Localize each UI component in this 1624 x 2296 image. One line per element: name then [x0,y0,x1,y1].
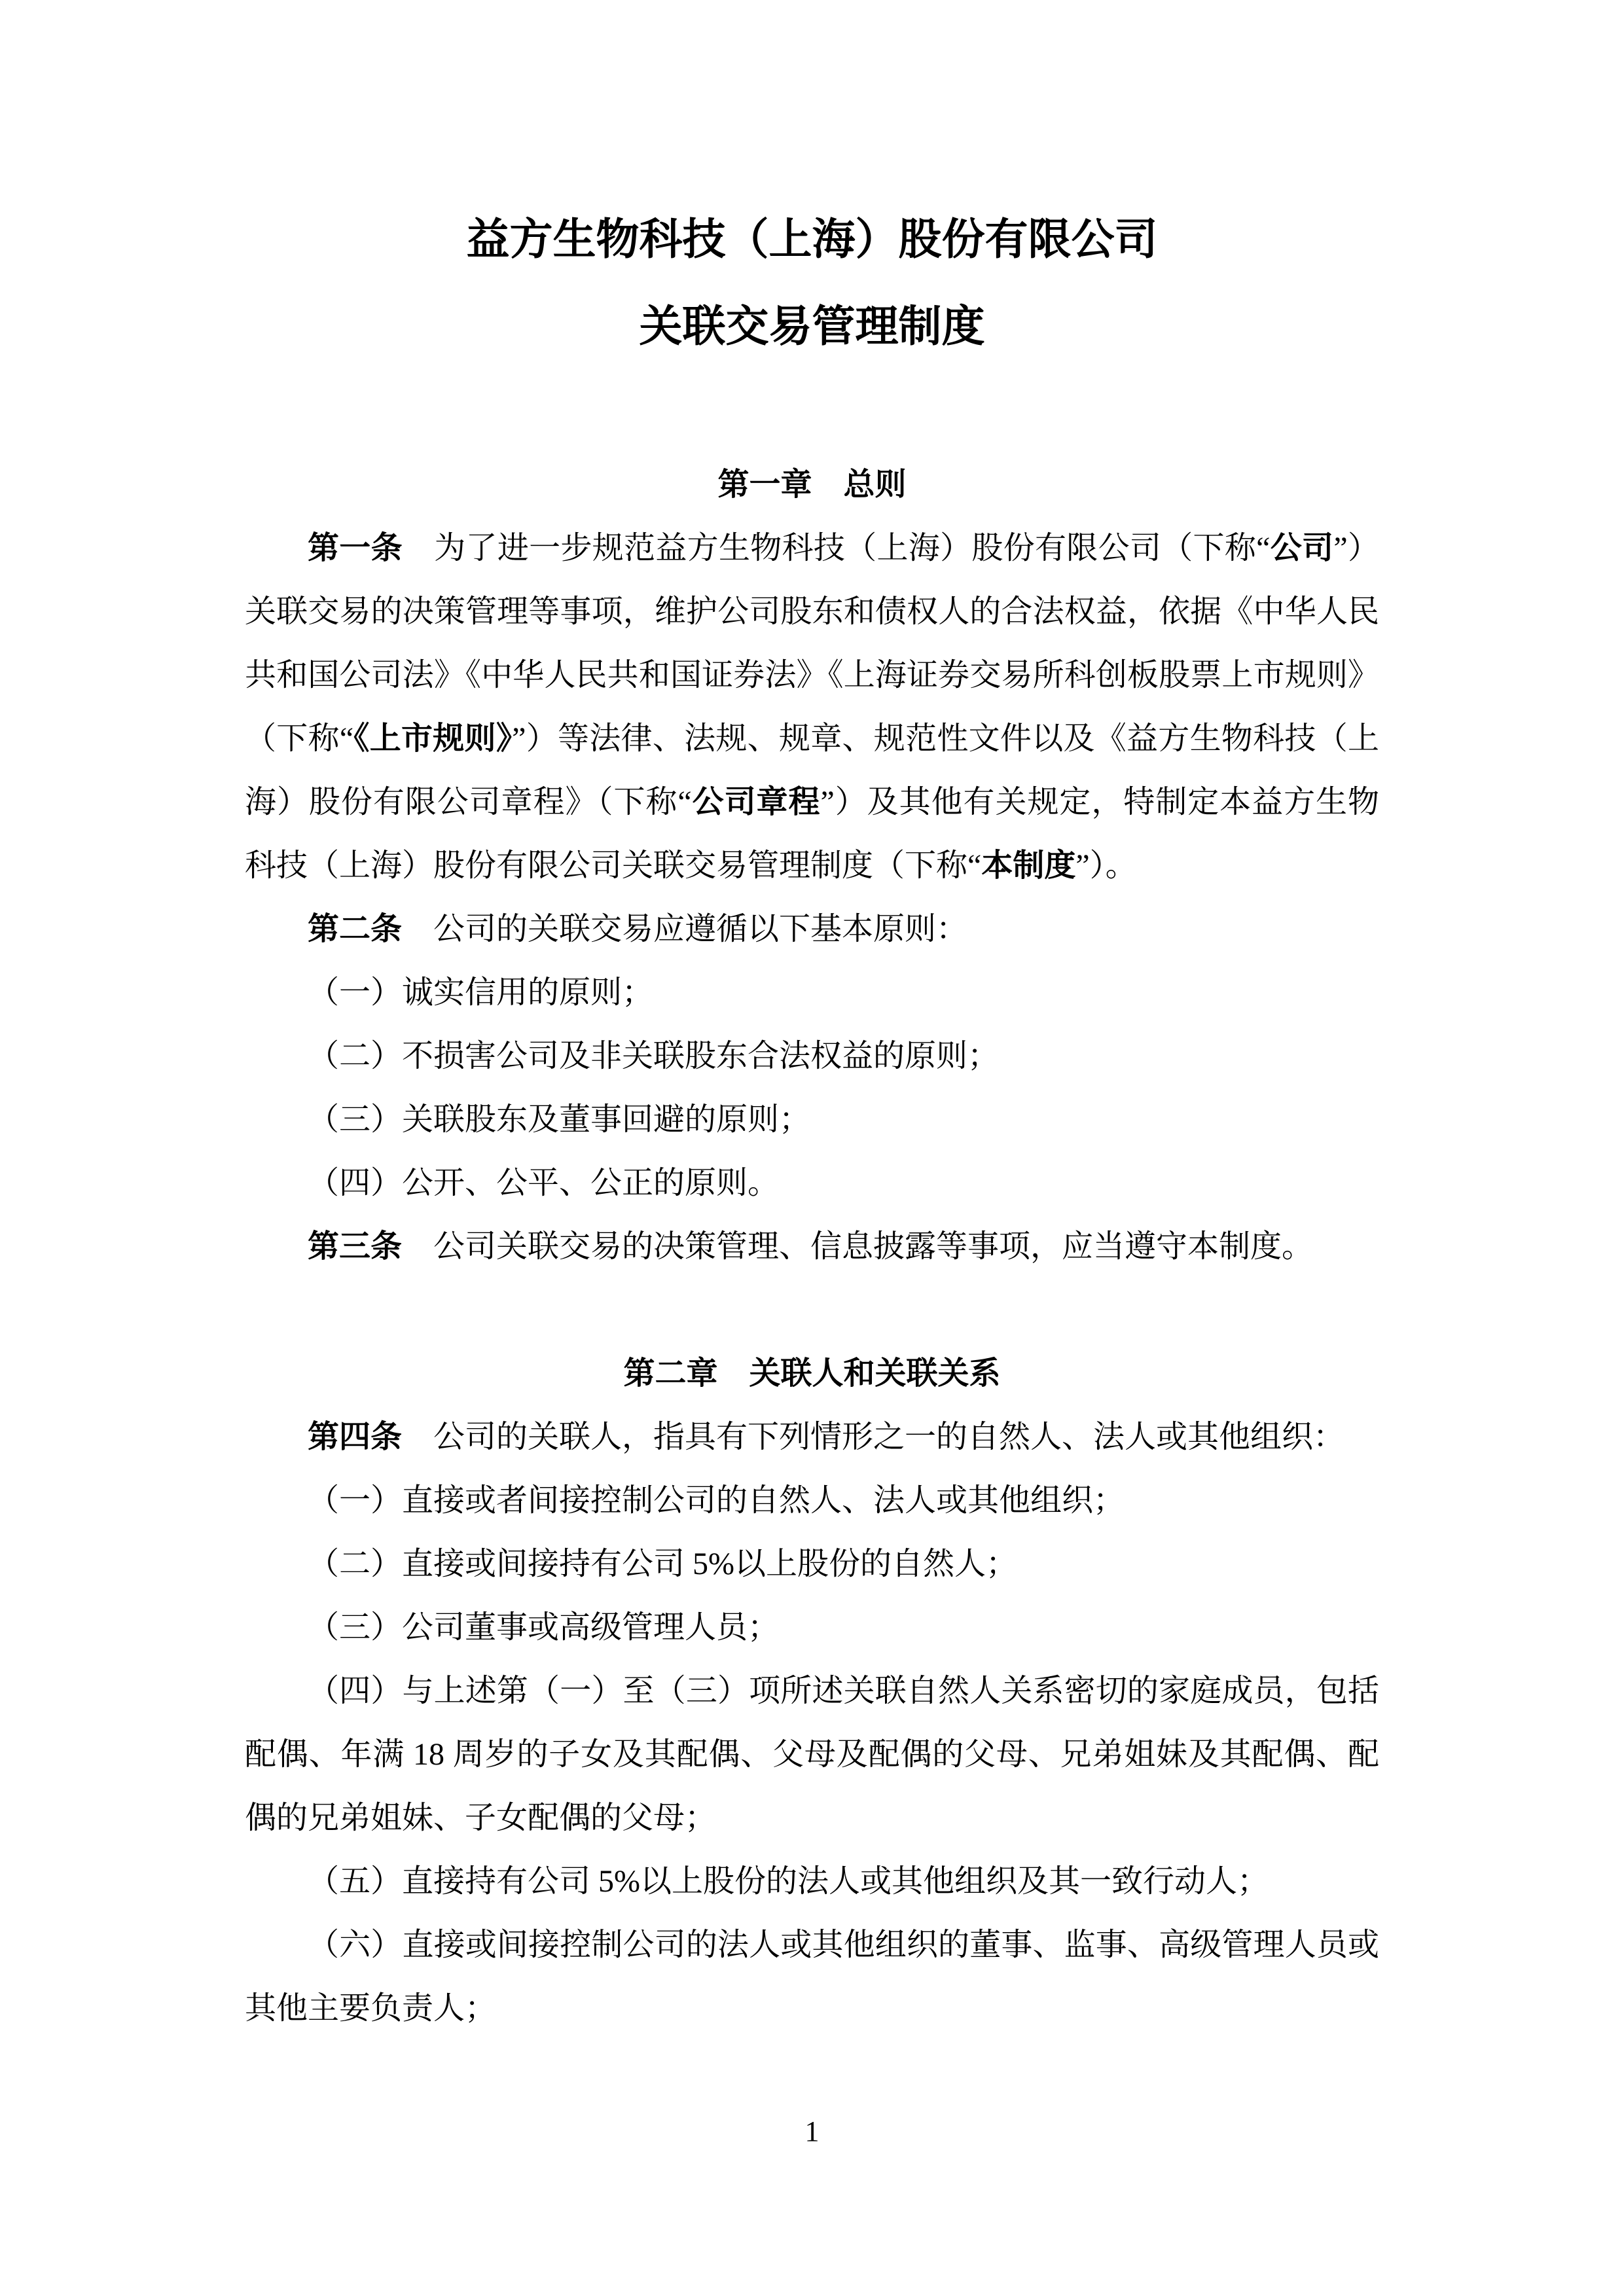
text-run-bold: 第一条 [308,531,403,565]
text-run: 为了进一步规范益方生物科技（上海）股份有限公司（下称“ [403,531,1271,565]
text-run-bold: 第二条 [308,912,402,946]
body-paragraph: 第三条 公司关联交易的决策管理、信息披露等事项，应当遵守本制度。 [245,1215,1379,1278]
text-run: （三）关联股东及董事回避的原则； [308,1102,810,1137]
body-paragraph: 第四条 公司的关联人，指具有下列情形之一的自然人、法人或其他组织： [245,1405,1379,1469]
text-run: （四）公开、公平、公正的原则。 [308,1166,779,1200]
text-run: （二）直接或间接持有公司 5%以上股份的自然人； [308,1547,1017,1581]
text-run-bold: 《上市规则》 [353,721,512,756]
text-run: （一）直接或者间接控制公司的自然人、法人或其他组织； [308,1483,1125,1518]
text-run: ”）。 [1075,848,1136,883]
body-paragraph: （四）公开、公平、公正的原则。 [245,1151,1379,1215]
text-run-bold: 第四条 [308,1420,402,1454]
text-run-bold: 本制度 [981,848,1075,883]
document-body: 益方生物科技（上海）股份有限公司关联交易管理制度第一章 总则第一条 为了进一步规… [0,0,1624,2040]
text-run: （四）与上述第（一）至（三）项所述关联自然人关系密切的家庭成员，包括配偶、年满 … [245,1674,1379,1835]
body-paragraph: （五）直接持有公司 5%以上股份的法人或其他组织及其一致行动人； [245,1850,1379,1913]
chapter-heading: 第二章 关联人和关联关系 [245,1342,1379,1405]
text-run-bold: 第三条 [308,1229,402,1264]
body-paragraph: 第一条 为了进一步规范益方生物科技（上海）股份有限公司（下称“公司”）关联交易的… [245,516,1379,897]
text-run: （五）直接持有公司 5%以上股份的法人或其他组织及其一致行动人； [308,1864,1269,1899]
text-run: （六）直接或间接控制公司的法人或其他组织的董事、监事、高级管理人员或其他主要负责… [245,1928,1379,2026]
text-run: （三）公司董事或高级管理人员； [308,1610,779,1645]
body-paragraph: （一）诚实信用的原则； [245,961,1379,1024]
text-run: 公司的关联交易应遵循以下基本原则： [402,912,967,946]
body-paragraph: （二）直接或间接持有公司 5%以上股份的自然人； [245,1532,1379,1596]
document-page: 益方生物科技（上海）股份有限公司关联交易管理制度第一章 总则第一条 为了进一步规… [0,0,1624,2296]
chapter-heading: 第一章 总则 [245,453,1379,516]
doc-title-line: 益方生物科技（上海）股份有限公司 [245,196,1379,283]
text-run: （二）不损害公司及非关联股东合法权益的原则； [308,1039,999,1073]
body-paragraph: （三）关联股东及董事回避的原则； [245,1088,1379,1151]
text-run: 公司关联交易的决策管理、信息披露等事项，应当遵守本制度。 [402,1229,1313,1264]
body-paragraph: （四）与上述第（一）至（三）项所述关联自然人关系密切的家庭成员，包括配偶、年满 … [245,1659,1379,1850]
body-paragraph: （三）公司董事或高级管理人员； [245,1596,1379,1659]
body-paragraph: 第二条 公司的关联交易应遵循以下基本原则： [245,897,1379,961]
body-paragraph: （二）不损害公司及非关联股东合法权益的原则； [245,1024,1379,1088]
text-run-bold: 公司 [1270,531,1333,565]
page-number: 1 [0,2117,1624,2146]
body-paragraph: （一）直接或者间接控制公司的自然人、法人或其他组织； [245,1469,1379,1532]
text-run: （一）诚实信用的原则； [308,975,653,1010]
text-run-bold: 公司章程 [692,785,821,819]
text-run: 公司的关联人，指具有下列情形之一的自然人、法人或其他组织： [402,1420,1344,1454]
doc-title-line: 关联交易管理制度 [245,283,1379,370]
body-paragraph: （六）直接或间接控制公司的法人或其他组织的董事、监事、高级管理人员或其他主要负责… [245,1913,1379,2040]
